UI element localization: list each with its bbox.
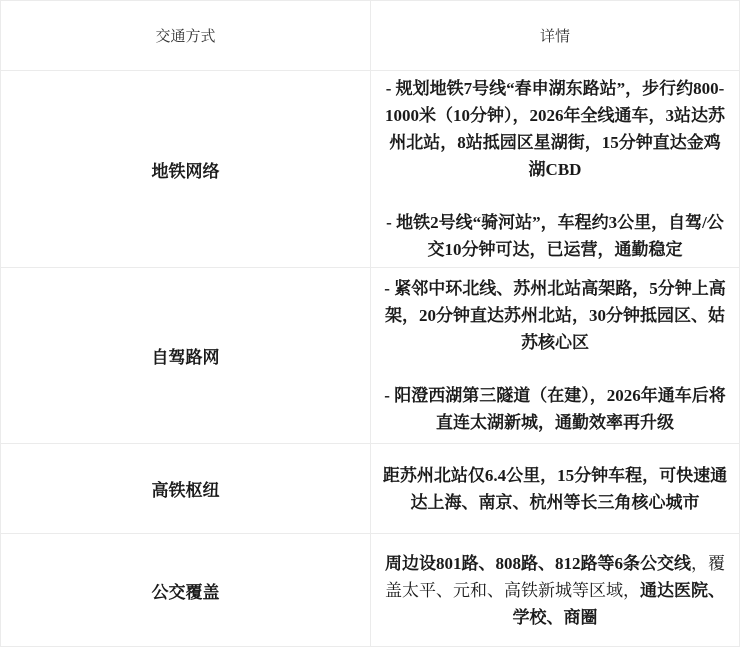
header-cell-details: 详情 xyxy=(371,1,739,70)
detail-paragraph: 周边设801路、808路、812路等6条公交线，覆盖太平、元和、高铁新城等区域，… xyxy=(381,550,729,631)
table-row-bus: 公交覆盖 周边设801路、808路、812路等6条公交线，覆盖太平、元和、高铁新… xyxy=(1,534,739,646)
header-cell-method: 交通方式 xyxy=(1,1,371,70)
details-cell: 距苏州北站仅6.4公里，15分钟车程，可快速通达上海、南京、杭州等长三角核心城市 xyxy=(371,444,739,533)
details-cell: - 规划地铁7号线“春申湖东路站”，步行约800-1000米（10分钟），202… xyxy=(371,71,739,267)
details-cell: 周边设801路、808路、812路等6条公交线，覆盖太平、元和、高铁新城等区域，… xyxy=(371,534,739,646)
detail-paragraph: 距苏州北站仅6.4公里，15分钟车程，可快速通达上海、南京、杭州等长三角核心城市 xyxy=(381,462,729,516)
method-label: 高铁枢纽 xyxy=(152,476,220,501)
method-label: 地铁网络 xyxy=(152,157,220,182)
table-header-row: 交通方式 详情 xyxy=(1,1,739,71)
details-cell: - 紧邻中环北线、苏州北站高架路，5分钟上高架，20分钟直达苏州北站，30分钟抵… xyxy=(371,268,739,443)
transportation-table: 交通方式 详情 地铁网络 - 规划地铁7号线“春申湖东路站”，步行约800-10… xyxy=(0,0,740,647)
detail-paragraph: - 地铁2号线“骑河站”，车程约3公里，自驾/公交10分钟可达，已运营，通勤稳定 xyxy=(381,209,729,263)
table-row-rail: 高铁枢纽 距苏州北站仅6.4公里，15分钟车程，可快速通达上海、南京、杭州等长三… xyxy=(1,444,739,534)
method-cell: 高铁枢纽 xyxy=(1,444,371,533)
detail-segment: 周边设801路、808路、812路等6条公交线 xyxy=(385,554,691,573)
method-label: 公交覆盖 xyxy=(152,578,220,603)
header-details-label: 详情 xyxy=(540,25,570,46)
detail-paragraph: - 规划地铁7号线“春申湖东路站”，步行约800-1000米（10分钟），202… xyxy=(381,75,729,183)
method-label: 自驾路网 xyxy=(152,343,220,368)
method-cell: 公交覆盖 xyxy=(1,534,371,646)
table-row-drive: 自驾路网 - 紧邻中环北线、苏州北站高架路，5分钟上高架，20分钟直达苏州北站，… xyxy=(1,268,739,444)
method-cell: 自驾路网 xyxy=(1,268,371,443)
detail-paragraph: - 紧邻中环北线、苏州北站高架路，5分钟上高架，20分钟直达苏州北站，30分钟抵… xyxy=(381,275,729,356)
detail-paragraph: - 阳澄西湖第三隧道（在建），2026年通车后将直连太湖新城，通勤效率再升级 xyxy=(381,382,729,436)
table-row-metro: 地铁网络 - 规划地铁7号线“春申湖东路站”，步行约800-1000米（10分钟… xyxy=(1,71,739,268)
header-method-label: 交通方式 xyxy=(155,25,215,46)
method-cell: 地铁网络 xyxy=(1,71,371,267)
